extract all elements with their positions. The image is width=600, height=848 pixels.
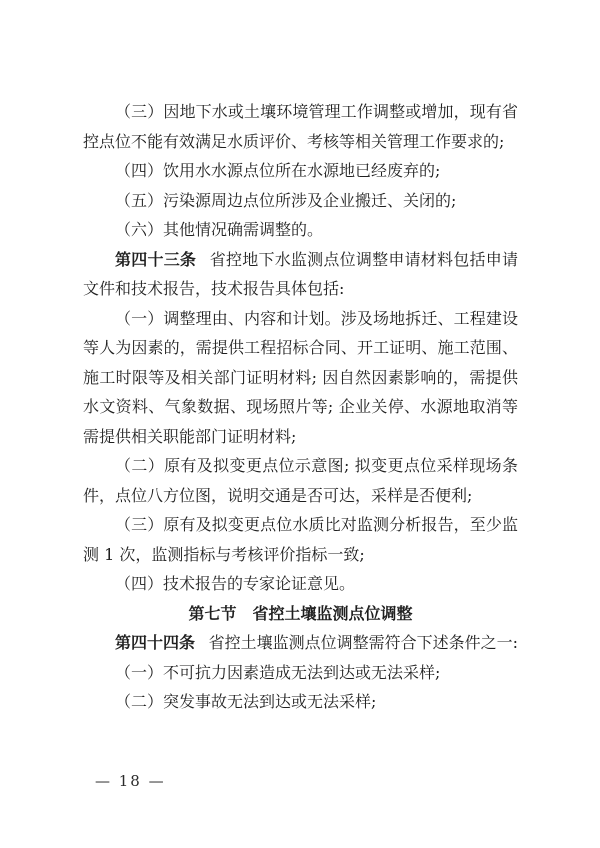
article-44-item-1: （一）不可抗力因素造成无法到达或无法采样; (83, 658, 518, 688)
article-43-item-2: （二）原有及拟变更点位示意图; 拟变更点位采样现场条件，点位八方位图，说明交通是… (83, 451, 518, 510)
article-43-number: 第四十三条 (115, 250, 196, 269)
article-44-item-2: （二）突发事故无法到达或无法采样; (83, 687, 518, 717)
article-43-item-4: （四）技术报告的专家论证意见。 (83, 569, 518, 599)
article-43-item-1: （一）调整理由、内容和计划。涉及场地拆迁、工程建设等人为因素的，需提供工程招标合… (83, 304, 518, 452)
page-number: — 18 — (95, 772, 166, 790)
clause-item-4: （四）饮用水水源点位所在水源地已经废弃的; (83, 156, 518, 186)
clause-item-5: （五）污染源周边点位所涉及企业搬迁、关闭的; (83, 186, 518, 216)
article-43: 第四十三条省控地下水监测点位调整申请材料包括申请文件和技术报告，技术报告具体包括… (83, 245, 518, 304)
section-7-heading: 第七节 省控土壤监测点位调整 (83, 599, 518, 629)
article-44-number: 第四十四条 (115, 633, 195, 652)
clause-item-6: （六）其他情况确需调整的。 (83, 215, 518, 245)
article-44: 第四十四条省控土壤监测点位调整需符合下述条件之一: (83, 628, 518, 658)
clause-item-3: （三）因地下水或土壤环境管理工作调整或增加，现有省控点位不能有效满足水质评价、考… (83, 97, 518, 156)
article-43-item-3: （三）原有及拟变更点位水质比对监测分析报告，至少监测 1 次，监测指标与考核评价… (83, 510, 518, 569)
document-page: （三）因地下水或土壤环境管理工作调整或增加，现有省控点位不能有效满足水质评价、考… (0, 0, 600, 848)
document-body: （三）因地下水或土壤环境管理工作调整或增加，现有省控点位不能有效满足水质评价、考… (83, 97, 518, 717)
article-44-text: 省控土壤监测点位调整需符合下述条件之一: (209, 633, 518, 652)
